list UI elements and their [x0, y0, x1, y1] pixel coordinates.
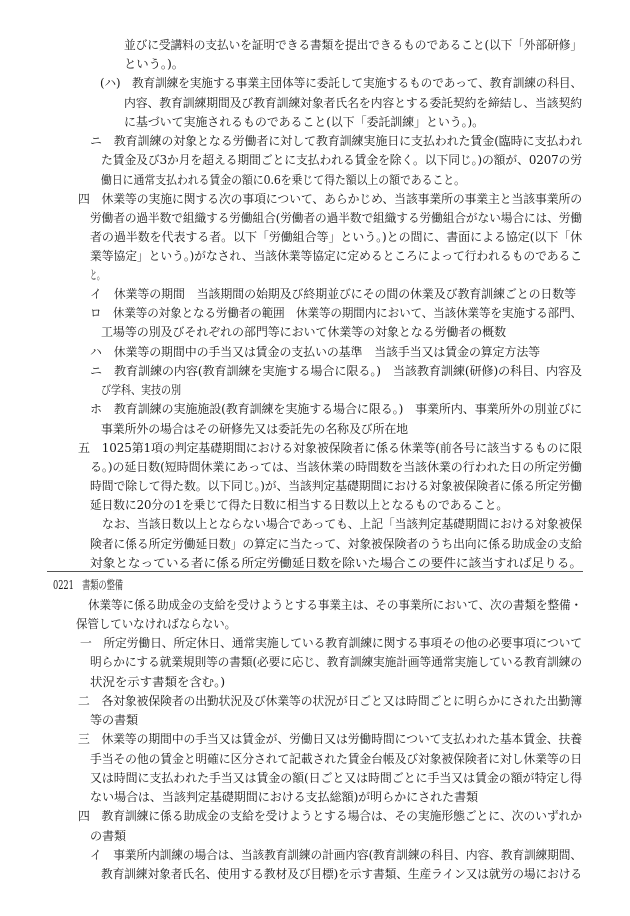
text-line: び学科、実技の別	[101, 382, 198, 398]
text-line: 働日に通常支払われる賃金の額に0.6を乗じて得た額以上の額であること。	[101, 172, 507, 188]
text-line: 0221 書類の整備	[53, 577, 156, 593]
text-line: 明らかにする就業規則等の書類(必要に応じ、教育訓練実施計画等通常実施している教育…	[90, 654, 602, 670]
text-line: ロ 休業等の対象となる労働者の範囲 休業等の期間内において、当該休業等を実施する…	[90, 305, 610, 321]
text-line: 四 教育訓練に係る助成金の支給を受けようとする場合は、その実施形態ごとに、次のい…	[78, 808, 598, 824]
text-line: と。	[90, 267, 114, 283]
text-line: の書類	[90, 828, 126, 844]
text-line: 又は時間に支払われた手当又は賃金の額(日ごと又は時間ごとに手当又は賃金の額が特定…	[90, 770, 590, 786]
text-line: 教育訓練対象者氏名、使用する教材及び目標)を示す書類、生産ライン又は就労の場にお…	[101, 866, 601, 882]
text-line: イ 休業等の期間 当該期間の始期及び終期並びにその間の休業及び教育訓練ごとの日数…	[90, 286, 586, 302]
text-line: という。)。	[124, 56, 183, 72]
text-line: 内容、教育訓練期間及び教育訓練対象者氏名を内容とする委託契約を締結し、当該契約	[124, 95, 595, 111]
text-line: 延日数に20分の1を乗じて得た日数に相当する日数以上となるものであること。	[90, 497, 524, 513]
document-page: 並びに受講料の支払いを証明できる書類を提出できるものであること(以下「外部研修」…	[0, 0, 630, 916]
text-line: 状況を示す書類を含む。)	[90, 674, 222, 690]
text-line: ホ 教育訓練の実施施設(教育訓練を実施する場合に限る。) 事業所内、事業所外の別…	[90, 401, 589, 417]
text-line: 一 所定労働日、所定休日、通常実施している教育訓練に関する事項その他の必要事項に…	[80, 635, 600, 651]
text-line: 手当その他の賃金と明確に区分されて記載された賃金台帳及び対象被保険者に対し休業等…	[90, 751, 598, 767]
text-line: 労働者の過半数で組織する労働組合(労働者の過半数で組織する労働組合がない場合には…	[90, 210, 602, 226]
text-line: イ 事業所内訓練の場合は、当該教育訓練の計画内容(教育訓練の科目、内容、教育訓練…	[90, 847, 602, 863]
text-line: 五 1025第1項の判定基礎期間における対象被保険者に係る休業等(前各号に該当す…	[78, 440, 592, 456]
text-line: る。)の延日数(短時間休業にあっては、当該休業の時間数を当該休業の行われた日の所…	[90, 459, 589, 475]
text-line: 対象となっている者に係る所定労働延日数を除いた場合この要件に該当すれば足りる。	[90, 555, 561, 571]
text-line: 保管していなければならない。	[76, 616, 245, 632]
text-line: ニ 教育訓練の内容(教育訓練を実施する場合に限る。) 当該教育訓練(研修)の科目…	[90, 363, 586, 379]
text-line: 等の書類	[90, 712, 138, 728]
text-line: 者の過半数を代表する者。以下「労働組合等」という。)との間に、書面による協定(以…	[90, 229, 589, 245]
text-line: た賃金及び3か月を超える期間ごとに支払われる賃金を除く。以下同じ。)の額が、02…	[101, 152, 597, 168]
text-line: なお、当該日数以上とならない場合であっても、上記「当該判定基礎期間における対象被…	[102, 516, 597, 532]
text-line: 休業等に係る助成金の支給を受けようとする事業主は、その事業所において、次の書類を…	[88, 597, 608, 613]
text-line: 険者に係る所定労働延日数」の算定に当たって、対象被保険者のうち出向に係る助成金の…	[90, 536, 597, 552]
text-line: ハ 休業等の期間中の手当又は賃金の支払いの基準 当該手当又は賃金の算定方法等	[90, 344, 549, 360]
text-line: ない場合は、当該判定基礎期間における支払総額)が明らかにされた書類	[90, 789, 481, 805]
section-divider	[47, 571, 583, 572]
text-line: 三 休業等の期間中の手当又は賃金が、労働日又は労働時間について支払われた基本賃金…	[78, 731, 598, 747]
text-line: 並びに受講料の支払いを証明できる書類を提出できるものであること(以下「外部研修」	[124, 37, 600, 53]
text-line: 時間で除して得た数。以下同じ。)が、当該判定基礎期間における対象被保険者に係る所…	[90, 478, 596, 494]
text-line: に基づいて実施されるものであること(以下「委託訓練」という。)。	[124, 114, 490, 130]
text-line: 業等協定」という。)がなされ、当該休業等協定に定めるところによって行われるもので…	[90, 248, 597, 264]
text-line: 工場等の別及びそれぞれの部門等において休業等の対象となる労働者の概数	[101, 324, 512, 340]
text-line: ニ 教育訓練の対象となる労働者に対して教育訓練実施日に支払われた賃金(臨時に支払…	[90, 133, 590, 149]
text-line: (ハ) 教育訓練を実施する事業主団体等に委託して実施するものであって、教育訓練の…	[100, 75, 605, 91]
text-line: 四 休業等の実施に関する次の事項について、あらかじめ、当該事業所の事業主と当該事…	[78, 191, 597, 207]
text-line: 事業所外の場合はその研修先又は委託先の名称及び所在地	[101, 421, 415, 437]
text-line: 二 各対象被保険者の出勤状況及び休業等の状況が日ごと又は時間ごとに明らかにされた…	[78, 693, 598, 709]
